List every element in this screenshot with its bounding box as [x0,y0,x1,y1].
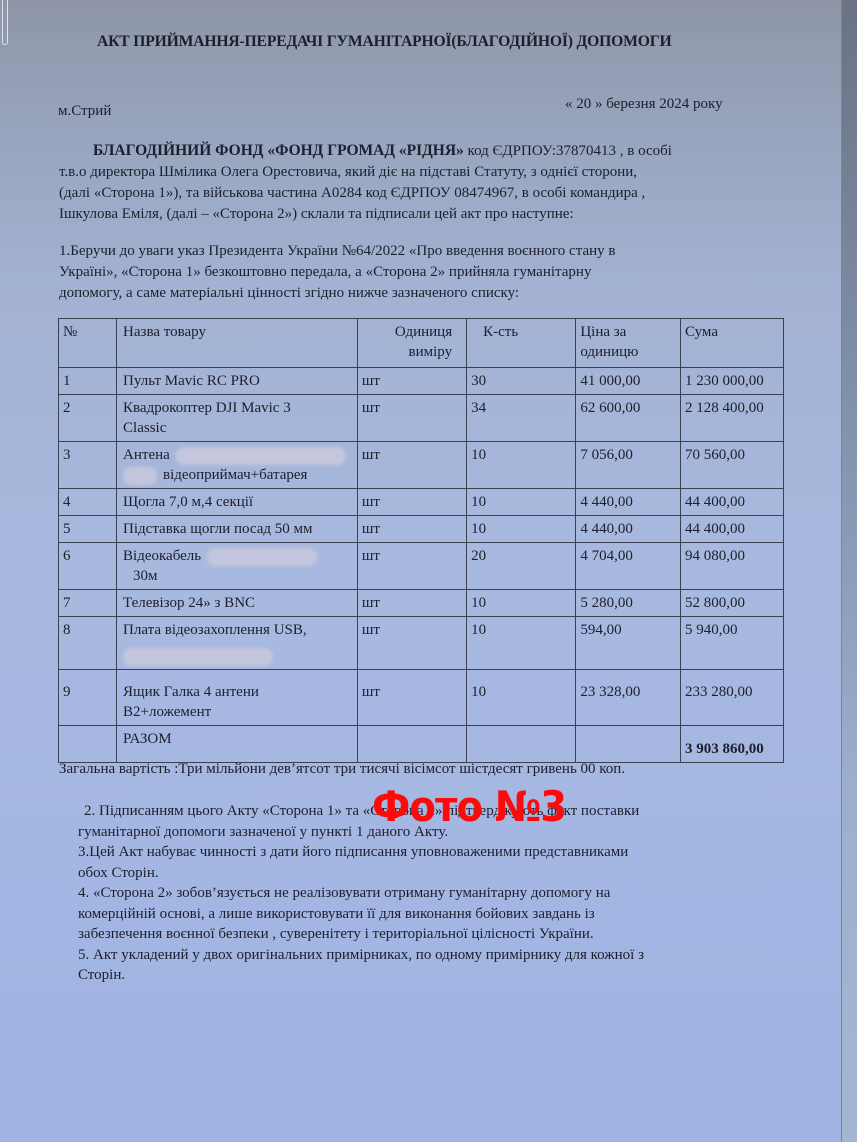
row-num: 7 [59,590,117,617]
total-qty-cell [467,726,576,763]
clause-1: 1.Беручи до уваги указ Президента Україн… [59,241,789,304]
table-body: 1Пульт Mavic RC PROшт3041 000,001 230 00… [59,368,784,726]
row-qty: 30 [467,368,576,395]
item-name-continued: Classic [123,420,166,436]
item-name-continued: 30м [133,568,158,584]
row-num: 1 [59,368,117,395]
row-unit: шт [357,368,466,395]
item-name: Відеокабель [123,548,201,564]
clause-4-line-3: забезпечення воєнної безпеки , сувереніт… [78,924,784,945]
redacted-text [176,447,346,465]
photo-number-stamp: Фото №3 [372,782,566,831]
row-name: Квадрокоптер DJI Mavic 3Classic [117,395,358,442]
redacted-text [123,467,157,485]
row-num: 4 [59,489,117,516]
clause-1-line-2: Україні», «Сторона 1» безкоштовно переда… [59,262,789,283]
clause-4-line-1: 4. «Сторона 2» зобов’язується не реалізо… [78,883,784,904]
row-price: 23 328,00 [576,670,681,726]
item-name: Щогла 7,0 м,4 секції [123,494,253,510]
item-name: Плата відеозахоплення USB, [123,622,307,638]
item-name: Ящик Галка 4 антени [123,684,259,700]
redacted-text [123,648,273,666]
intro-line-1: код ЄДРПОУ:37870413 , в особі [464,143,672,159]
organization-name: БЛАГОДІЙНИЙ ФОНД «ФОНД ГРОМАД «РІДНЯ» [93,142,464,159]
row-unit: шт [357,617,466,670]
header-name: Назва товару [117,319,358,368]
clause-5-line-1: 5. Акт укладений у двох оригінальних при… [78,945,784,966]
row-name: Підставка щогли посад 50 мм [117,516,358,543]
item-name: Антена [123,447,170,463]
clause-5-line-2: Сторін. [78,965,784,986]
row-price: 4 704,00 [576,543,681,590]
row-name: Телевізор 24» з BNC [117,590,358,617]
row-num: 9 [59,670,117,726]
item-name: Телевізор 24» з BNC [123,595,255,611]
row-sum: 44 400,00 [681,489,784,516]
row-num: 6 [59,543,117,590]
table-row: 2Квадрокоптер DJI Mavic 3Classicшт3462 6… [59,395,784,442]
row-num: 2 [59,395,117,442]
row-qty: 10 [467,442,576,489]
row-qty: 34 [467,395,576,442]
row-name: Щогла 7,0 м,4 секції [117,489,358,516]
row-qty: 10 [467,516,576,543]
row-price: 41 000,00 [576,368,681,395]
header-unit: Одиниця виміру [357,319,466,368]
row-sum: 5 940,00 [681,617,784,670]
table-row: 9Ящик Галка 4 антениB2+ложементшт1023 32… [59,670,784,726]
item-name-continued: B2+ложемент [123,704,211,720]
row-name: Антенавідеоприймач+батарея [117,442,358,489]
row-unit: шт [357,395,466,442]
row-name: Пульт Mavic RC PRO [117,368,358,395]
table-row: 4Щогла 7,0 м,4 секціїшт104 440,0044 400,… [59,489,784,516]
total-num-cell [59,726,117,763]
table-row: 5Підставка щогли посад 50 ммшт104 440,00… [59,516,784,543]
row-unit: шт [357,590,466,617]
row-unit: шт [357,442,466,489]
header-price: Ціна за одиницю [576,319,681,368]
row-price: 7 056,00 [576,442,681,489]
header-sum: Сума [681,319,784,368]
row-price: 594,00 [576,617,681,670]
table-row: 8Плата відеозахоплення USB,шт10594,005 9… [59,617,784,670]
item-name: Підставка щогли посад 50 мм [123,521,312,537]
intro-paragraph: БЛАГОДІЙНИЙ ФОНД «ФОНД ГРОМАД «РІДНЯ» ко… [59,140,779,225]
row-price: 62 600,00 [576,395,681,442]
row-sum: 233 280,00 [681,670,784,726]
page-edge [841,0,857,1142]
row-qty: 10 [467,617,576,670]
row-name: Ящик Галка 4 антениB2+ложемент [117,670,358,726]
row-sum: 2 128 400,00 [681,395,784,442]
row-sum: 1 230 000,00 [681,368,784,395]
row-price: 4 440,00 [576,516,681,543]
row-unit: шт [357,489,466,516]
row-num: 5 [59,516,117,543]
redacted-text [207,548,317,566]
total-label: РАЗОМ [117,726,358,763]
row-sum: 94 080,00 [681,543,784,590]
row-unit: шт [357,670,466,726]
item-name: Квадрокоптер DJI Mavic 3 [123,400,291,416]
row-sum: 52 800,00 [681,590,784,617]
clause-1-line-3: допомогу, а саме матеріальні цінності зг… [59,283,789,304]
row-price: 5 280,00 [576,590,681,617]
clause-3-line-2: обох Сторін. [78,863,784,884]
row-num: 8 [59,617,117,670]
header-num: № [59,319,117,368]
header-qty: К-сть [467,319,576,368]
table-row: 7Телевізор 24» з BNCшт105 280,0052 800,0… [59,590,784,617]
intro-line-2: т.в.о директора Шмілика Олега Орестовича… [59,162,779,183]
row-qty: 10 [467,590,576,617]
row-unit: шт [357,516,466,543]
intro-line-4: Ішкулова Еміля, (далі – «Сторона 2») скл… [59,204,779,225]
table-row: 3Антенавідеоприймач+батареяшт107 056,007… [59,442,784,489]
total-unit-cell [357,726,466,763]
item-name-continued: відеоприймач+батарея [163,467,307,483]
paper-clip [2,0,8,45]
goods-table: № Назва товару Одиниця виміру К-сть Ціна… [58,318,784,763]
clause-4-line-2: комерційній основі, а лише використовува… [78,904,784,925]
document-city: м.Стрий [58,103,111,120]
table-header-row: № Назва товару Одиниця виміру К-сть Ціна… [59,319,784,368]
row-unit: шт [357,543,466,590]
intro-line-3: (далі «Сторона 1»), та військова частина… [59,183,779,204]
row-qty: 10 [467,670,576,726]
row-sum: 70 560,00 [681,442,784,489]
table-row: 1Пульт Mavic RC PROшт3041 000,001 230 00… [59,368,784,395]
row-qty: 20 [467,543,576,590]
clause-1-line-1: 1.Беручи до уваги указ Президента Україн… [59,241,789,262]
row-name: Відеокабель 30м [117,543,358,590]
document-title: АКТ ПРИЙМАННЯ-ПЕРЕДАЧІ ГУМАНІТАРНОЇ(БЛАГ… [97,33,672,51]
row-name: Плата відеозахоплення USB, [117,617,358,670]
table-total-row: РАЗОМ 3 903 860,00 [59,726,784,763]
clause-3-line-1: 3.Цей Акт набуває чинності з дати його п… [78,842,784,863]
total-in-words: Загальна вартість :Три мільйони дев’ятсо… [59,761,625,778]
document-date: « 20 » березня 2024 року [565,96,723,113]
table-row: 6Відеокабель 30мшт204 704,0094 080,00 [59,543,784,590]
total-price-cell [576,726,681,763]
row-num: 3 [59,442,117,489]
total-sum: 3 903 860,00 [681,726,784,763]
row-qty: 10 [467,489,576,516]
row-price: 4 440,00 [576,489,681,516]
row-sum: 44 400,00 [681,516,784,543]
item-name: Пульт Mavic RC PRO [123,373,260,389]
